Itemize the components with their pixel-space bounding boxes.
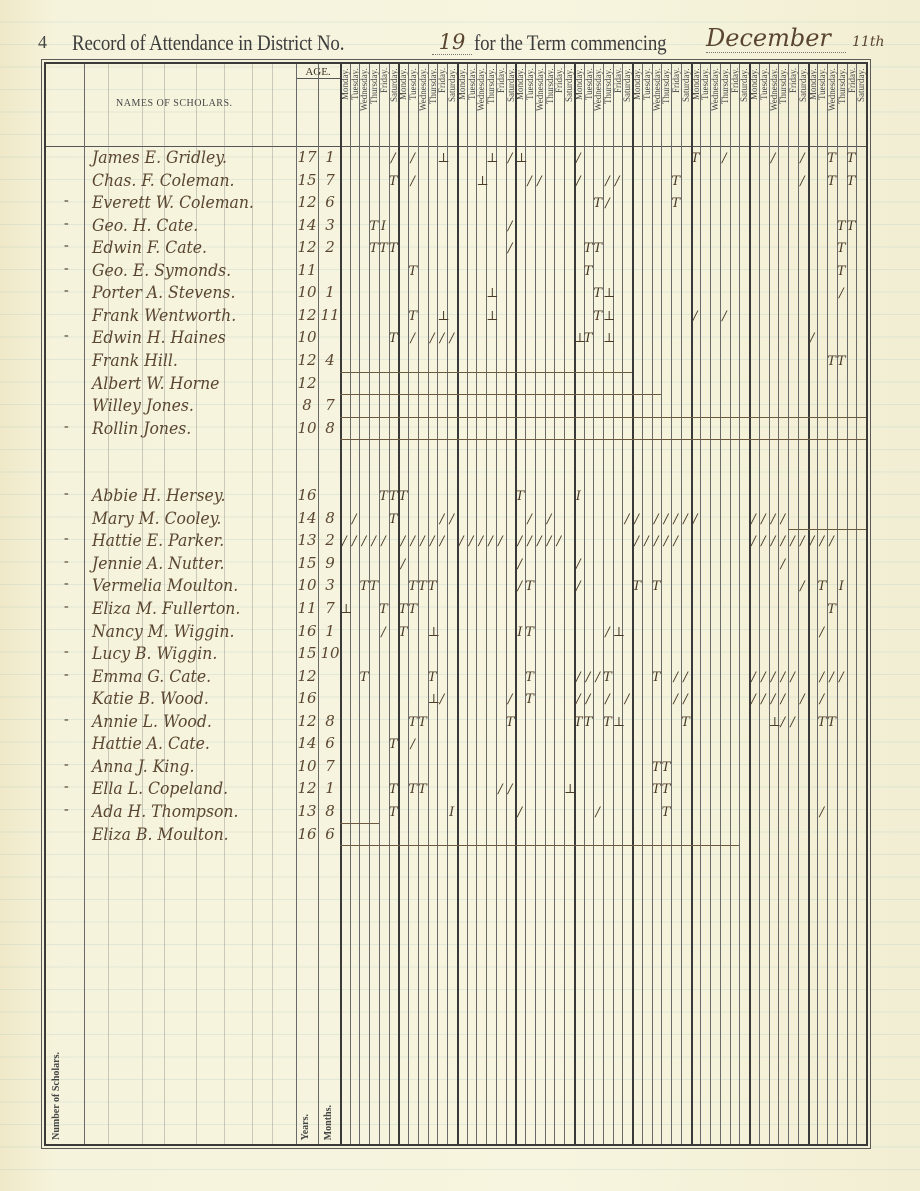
age-years: 16 xyxy=(296,689,318,707)
age-months: 6 xyxy=(319,825,341,843)
dismissed-mark: ⊥ xyxy=(486,309,495,324)
row-dash-mark: - xyxy=(64,216,69,232)
age-months: 8 xyxy=(319,802,341,820)
absent-mark: / xyxy=(817,692,826,707)
absent-mark: / xyxy=(671,534,680,549)
tardy-mark: T xyxy=(837,264,846,279)
absent-mark: / xyxy=(769,151,778,166)
age-years: 15 xyxy=(296,171,318,189)
absent-mark: / xyxy=(778,534,787,549)
absent-mark: / xyxy=(817,805,826,820)
tardy-mark: T xyxy=(661,805,670,820)
age-months: 8 xyxy=(319,419,341,437)
tardy-mark: T xyxy=(389,241,398,256)
tardy-mark: T xyxy=(389,489,398,504)
tardy-mark: T xyxy=(817,715,826,730)
tardy-mark: T xyxy=(827,151,836,166)
absent-mark: / xyxy=(613,174,622,189)
absent-mark: / xyxy=(603,174,612,189)
absent-mark: / xyxy=(817,534,826,549)
absent-mark: / xyxy=(603,625,612,640)
age-years: 11 xyxy=(296,261,318,279)
day-header-wednesday: Wednesday. xyxy=(594,68,603,142)
scholar-name: Rollin Jones. xyxy=(92,419,191,439)
day-header-monday: Monday. xyxy=(750,68,759,142)
day-column-line xyxy=(661,64,662,1144)
day-header-wednesday: Wednesday. xyxy=(419,68,428,142)
absent-mark: / xyxy=(574,174,583,189)
row-dash-mark: - xyxy=(64,261,69,277)
dismissed-mark: I xyxy=(515,625,524,640)
tardy-mark: T xyxy=(593,241,602,256)
day-header-monday: Monday. xyxy=(341,68,350,142)
absent-mark: / xyxy=(671,692,680,707)
absent-mark: / xyxy=(632,534,641,549)
row-dash-mark: - xyxy=(64,238,69,254)
age-years: 15 xyxy=(296,644,318,662)
age-years: 12 xyxy=(296,374,318,392)
day-header-friday: Friday. xyxy=(380,68,389,142)
tardy-mark: T xyxy=(408,309,417,324)
tardy-mark: T xyxy=(408,782,417,797)
absent-mark: / xyxy=(642,534,651,549)
scholar-name: Nancy M. Wiggin. xyxy=(92,622,234,642)
dismissed-mark: ⊥ xyxy=(340,602,349,617)
dismissed-mark: ⊥ xyxy=(486,286,495,301)
absent-mark: / xyxy=(720,309,729,324)
tardy-mark: T xyxy=(418,579,427,594)
absent-mark: / xyxy=(788,715,797,730)
day-column-line xyxy=(535,64,536,1144)
day-column-line xyxy=(769,64,770,1144)
age-years: 8 xyxy=(296,396,318,414)
absent-mark: / xyxy=(769,670,778,685)
absent-mark: / xyxy=(525,534,534,549)
tardy-mark: T xyxy=(847,174,856,189)
tardy-mark: T xyxy=(632,579,641,594)
absent-mark: / xyxy=(408,737,417,752)
tardy-mark: T xyxy=(515,489,524,504)
absent-mark: / xyxy=(359,534,368,549)
dismissed-mark: ⊥ xyxy=(613,715,622,730)
absent-mark: / xyxy=(778,692,787,707)
day-header-friday: Friday. xyxy=(497,68,506,142)
week-divider xyxy=(749,64,751,1144)
row-dash-mark: - xyxy=(64,283,69,299)
withdrawn-line xyxy=(340,394,661,395)
scholar-name: Edwin F. Cate. xyxy=(92,238,207,258)
age-months: 7 xyxy=(319,396,341,414)
col-months-header: Months. xyxy=(324,1105,334,1140)
age-months: 3 xyxy=(319,216,341,234)
tardy-mark: T xyxy=(525,579,534,594)
absent-mark: / xyxy=(574,557,583,572)
scholar-name: Mary M. Cooley. xyxy=(92,509,221,529)
absent-mark: / xyxy=(428,331,437,346)
scholar-name: Hattie A. Cate. xyxy=(92,734,210,754)
day-column-line xyxy=(447,64,448,1144)
col-names-header: NAMES OF SCHOLARS. xyxy=(116,98,233,109)
scholar-name: Geo. H. Cate. xyxy=(92,216,198,236)
row-dash-mark: - xyxy=(64,576,69,592)
tardy-mark: T xyxy=(661,782,670,797)
age-months: 2 xyxy=(319,531,341,549)
absent-mark: / xyxy=(515,557,524,572)
absent-mark: / xyxy=(476,534,485,549)
tardy-mark: T xyxy=(827,602,836,617)
absent-mark: / xyxy=(515,579,524,594)
scholar-name: Jennie A. Nutter. xyxy=(92,554,224,574)
absent-mark: / xyxy=(408,331,417,346)
absent-mark: / xyxy=(759,670,768,685)
day-header-saturday: Saturday. xyxy=(682,68,691,142)
day-column-line xyxy=(671,64,672,1144)
day-header-thursday: Thursday. xyxy=(370,68,379,142)
absent-mark: / xyxy=(437,512,446,527)
absent-mark: / xyxy=(681,512,690,527)
day-header-wednesday: Wednesday. xyxy=(477,68,486,142)
absent-mark: / xyxy=(437,534,446,549)
tardy-mark: T xyxy=(389,512,398,527)
day-header-monday: Monday. xyxy=(633,68,642,142)
day-header-tuesday: Tuesday. xyxy=(409,68,418,142)
absent-mark: / xyxy=(671,670,680,685)
tardy-mark: T xyxy=(652,579,661,594)
absent-mark: / xyxy=(398,534,407,549)
row-dash-mark: - xyxy=(64,419,69,435)
scholar-name: Geo. E. Symonds. xyxy=(92,261,231,281)
day-column-line xyxy=(418,64,419,1144)
absent-mark: / xyxy=(457,534,466,549)
age-months: 1 xyxy=(319,283,341,301)
day-header-friday: Friday. xyxy=(672,68,681,142)
day-column-line xyxy=(730,64,731,1144)
age-months: 1 xyxy=(319,148,341,166)
tardy-mark: T xyxy=(408,715,417,730)
ghost-column-line xyxy=(252,64,253,1144)
row-dash-mark: - xyxy=(64,599,69,615)
absent-mark: / xyxy=(389,151,398,166)
day-column-line xyxy=(681,64,682,1144)
absent-mark: / xyxy=(506,241,515,256)
absent-mark: / xyxy=(769,512,778,527)
day-header-friday: Friday. xyxy=(789,68,798,142)
absent-mark: / xyxy=(622,692,631,707)
age-months: 10 xyxy=(319,644,341,662)
day-column-line xyxy=(554,64,555,1144)
tardy-mark: T xyxy=(525,670,534,685)
tardy-mark: T xyxy=(584,715,593,730)
age-months: 4 xyxy=(319,351,341,369)
day-header-wednesday: Wednesday. xyxy=(828,68,837,142)
scholar-name: Everett W. Coleman. xyxy=(92,193,254,213)
absent-mark: / xyxy=(545,512,554,527)
day-column-line xyxy=(642,64,643,1144)
day-column-line xyxy=(720,64,721,1144)
dismissed-mark: ⊥ xyxy=(769,715,778,730)
dismissed-mark: ⊥ xyxy=(515,151,524,166)
tardy-mark: T xyxy=(418,715,427,730)
scholar-name: Katie B. Wood. xyxy=(92,689,209,709)
tardy-mark: T xyxy=(671,196,680,211)
day-column-line xyxy=(467,64,468,1144)
absent-mark: / xyxy=(496,782,505,797)
absent-mark: / xyxy=(759,534,768,549)
tardy-mark: T xyxy=(408,579,417,594)
scholar-name: Vermelia Moulton. xyxy=(92,576,238,596)
week-divider xyxy=(457,64,459,1144)
tardy-mark: T xyxy=(593,309,602,324)
absent-mark: / xyxy=(437,331,446,346)
dismissed-mark: I xyxy=(379,219,388,234)
absent-mark: / xyxy=(817,670,826,685)
age-years: 12 xyxy=(296,238,318,256)
day-header-wednesday: Wednesday. xyxy=(711,68,720,142)
withdrawn-line xyxy=(340,372,632,373)
col-number-header: Number of Scholars. xyxy=(52,1052,62,1140)
tardy-mark: T xyxy=(847,219,856,234)
day-header-monday: Monday. xyxy=(458,68,467,142)
day-column-line xyxy=(428,64,429,1144)
age-months: 7 xyxy=(319,171,341,189)
day-header-tuesday: Tuesday. xyxy=(760,68,769,142)
absent-mark: / xyxy=(506,782,515,797)
absent-mark: / xyxy=(827,534,836,549)
day-column-line xyxy=(700,64,701,1144)
dismissed-mark: ⊥ xyxy=(603,309,612,324)
absent-mark: / xyxy=(593,805,602,820)
tardy-mark: T xyxy=(593,196,602,211)
term-start-month: December xyxy=(706,24,846,53)
absent-mark: / xyxy=(554,534,563,549)
day-header-friday: Friday. xyxy=(555,68,564,142)
scholar-name: Ada H. Thompson. xyxy=(92,802,238,822)
tardy-mark: T xyxy=(847,151,856,166)
day-column-line xyxy=(739,64,740,1144)
age-years: 12 xyxy=(296,779,318,797)
district-number: 19 xyxy=(432,30,472,55)
tardy-mark: T xyxy=(379,602,388,617)
scholar-name: Abbie H. Hersey. xyxy=(92,486,226,506)
absent-mark: / xyxy=(437,692,446,707)
tardy-mark: T xyxy=(379,489,388,504)
absent-mark: / xyxy=(574,151,583,166)
age-years: 14 xyxy=(296,734,318,752)
day-header-monday: Monday. xyxy=(575,68,584,142)
age-months: 1 xyxy=(319,779,341,797)
absent-mark: / xyxy=(681,670,690,685)
age-years: 14 xyxy=(296,509,318,527)
tardy-mark: T xyxy=(652,670,661,685)
day-column-line xyxy=(817,64,818,1144)
scholar-name: Eliza M. Fullerton. xyxy=(92,599,240,619)
tardy-mark: T xyxy=(359,579,368,594)
absent-mark: / xyxy=(671,512,680,527)
dismissed-mark: I xyxy=(574,489,583,504)
age-months: 6 xyxy=(319,734,341,752)
absent-mark: / xyxy=(778,512,787,527)
absent-mark: / xyxy=(788,670,797,685)
age-years: 10 xyxy=(296,328,318,346)
dismissed-mark: ⊥ xyxy=(603,286,612,301)
absent-mark: / xyxy=(496,534,505,549)
age-months: 1 xyxy=(319,622,341,640)
age-years: 16 xyxy=(296,825,318,843)
age-years: 12 xyxy=(296,667,318,685)
absent-mark: / xyxy=(661,534,670,549)
absent-mark: / xyxy=(749,692,758,707)
day-header-wednesday: Wednesday. xyxy=(536,68,545,142)
absent-mark: / xyxy=(661,512,670,527)
scholar-name: Chas. F. Coleman. xyxy=(92,171,235,191)
day-column-line xyxy=(584,64,585,1144)
day-header-tuesday: Tuesday. xyxy=(818,68,827,142)
tardy-mark: T xyxy=(652,782,661,797)
age-months: 3 xyxy=(319,576,341,594)
tardy-mark: T xyxy=(817,579,826,594)
tardy-mark: T xyxy=(827,174,836,189)
age-years: 12 xyxy=(296,193,318,211)
absent-mark: / xyxy=(837,286,846,301)
day-column-line xyxy=(593,64,594,1144)
day-column-line xyxy=(856,64,857,1144)
scholar-name: Annie L. Wood. xyxy=(92,712,212,732)
day-column-line xyxy=(389,64,390,1144)
absent-mark: / xyxy=(798,174,807,189)
tardy-mark: T xyxy=(369,219,378,234)
age-years: 10 xyxy=(296,757,318,775)
absent-mark: / xyxy=(691,309,700,324)
age-years: 14 xyxy=(296,216,318,234)
absent-mark: / xyxy=(817,625,826,640)
absent-mark: / xyxy=(798,151,807,166)
age-months: 11 xyxy=(319,306,341,324)
tardy-mark: T xyxy=(691,151,700,166)
absent-mark: / xyxy=(574,692,583,707)
absent-mark: / xyxy=(398,557,407,572)
tardy-mark: T xyxy=(837,241,846,256)
tardy-mark: T xyxy=(408,602,417,617)
day-column-line xyxy=(798,64,799,1144)
day-column-line xyxy=(759,64,760,1144)
day-header-saturday: Saturday. xyxy=(740,68,749,142)
absent-mark: / xyxy=(535,174,544,189)
day-header-saturday: Saturday. xyxy=(565,68,574,142)
age-years: 10 xyxy=(296,419,318,437)
page-number: 4 xyxy=(38,32,47,53)
absent-mark: / xyxy=(749,670,758,685)
title-middle: for the Term commencing xyxy=(474,30,666,55)
age-months: 8 xyxy=(319,712,341,730)
absent-mark: / xyxy=(622,512,631,527)
day-column-line xyxy=(652,64,653,1144)
absent-mark: / xyxy=(691,512,700,527)
tardy-mark: T xyxy=(389,782,398,797)
tardy-mark: T xyxy=(359,670,368,685)
absent-mark: / xyxy=(525,512,534,527)
absent-mark: / xyxy=(759,512,768,527)
age-years: 16 xyxy=(296,622,318,640)
tardy-mark: T xyxy=(408,264,417,279)
withdrawn-line xyxy=(340,823,379,824)
tardy-mark: T xyxy=(671,174,680,189)
absent-mark: / xyxy=(545,534,554,549)
absent-mark: / xyxy=(535,534,544,549)
number-column-line xyxy=(84,64,85,1144)
absent-mark: / xyxy=(379,534,388,549)
tardy-mark: T xyxy=(681,715,690,730)
absent-mark: / xyxy=(749,512,758,527)
tardy-mark: T xyxy=(398,625,407,640)
row-dash-mark: - xyxy=(64,667,69,683)
absent-mark: / xyxy=(584,692,593,707)
week-divider xyxy=(515,64,517,1144)
tardy-mark: T xyxy=(418,782,427,797)
row-dash-mark: - xyxy=(64,486,69,502)
age-months: 7 xyxy=(319,599,341,617)
scholar-name: Anna J. King. xyxy=(92,757,194,777)
tardy-mark: T xyxy=(837,219,846,234)
tardy-mark: T xyxy=(584,264,593,279)
absent-mark: / xyxy=(749,534,758,549)
age-months: 7 xyxy=(319,757,341,775)
age-years: 11 xyxy=(296,599,318,617)
scholar-name: Emma G. Cate. xyxy=(92,667,211,687)
age-years: 15 xyxy=(296,554,318,572)
absent-mark: / xyxy=(603,196,612,211)
row-dash-mark: - xyxy=(64,328,69,344)
absent-mark: / xyxy=(379,625,388,640)
absent-mark: / xyxy=(808,534,817,549)
tardy-mark: T xyxy=(398,489,407,504)
absent-mark: / xyxy=(778,715,787,730)
absent-mark: / xyxy=(447,512,456,527)
tardy-mark: T xyxy=(827,354,836,369)
tardy-mark: T xyxy=(652,760,661,775)
absent-mark: / xyxy=(574,670,583,685)
day-header-tuesday: Tuesday. xyxy=(526,68,535,142)
tardy-mark: T xyxy=(584,331,593,346)
scholar-name: Hattie E. Parker. xyxy=(92,531,224,551)
day-column-line xyxy=(788,64,789,1144)
age-years: 10 xyxy=(296,576,318,594)
absent-mark: / xyxy=(515,534,524,549)
tardy-mark: T xyxy=(603,715,612,730)
tardy-mark: T xyxy=(389,331,398,346)
tardy-mark: T xyxy=(661,760,670,775)
day-column-line xyxy=(525,64,526,1144)
absent-mark: / xyxy=(632,512,641,527)
tardy-mark: T xyxy=(369,579,378,594)
age-years: 17 xyxy=(296,148,318,166)
absent-mark: / xyxy=(574,579,583,594)
absent-mark: / xyxy=(788,534,797,549)
absent-mark: / xyxy=(720,151,729,166)
day-header-saturday: Saturday. xyxy=(799,68,808,142)
title-prefix: Record of Attendance in District No. xyxy=(72,30,344,55)
tardy-mark: T xyxy=(506,715,515,730)
absent-mark: / xyxy=(769,692,778,707)
dismissed-mark: ⊥ xyxy=(564,782,573,797)
tardy-mark: T xyxy=(827,715,836,730)
day-column-line xyxy=(622,64,623,1144)
week-divider xyxy=(574,64,576,1144)
absent-mark: / xyxy=(350,534,359,549)
tardy-mark: T xyxy=(369,241,378,256)
absent-mark: / xyxy=(428,534,437,549)
dismissed-mark: ⊥ xyxy=(428,625,437,640)
page-title: Record of Attendance in District No. xyxy=(72,30,344,56)
